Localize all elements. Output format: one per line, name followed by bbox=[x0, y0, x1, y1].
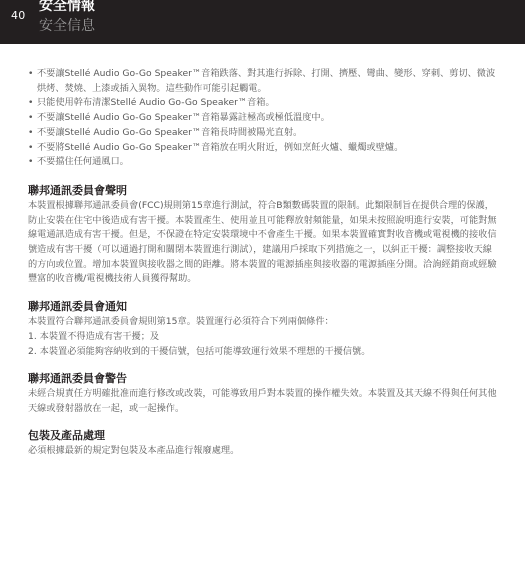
page-subtitle: 安全信息 bbox=[39, 16, 95, 36]
safety-bullet-list: •不要讓Stellé Audio Go-Go Speaker™音箱跌落、對其進行… bbox=[28, 67, 498, 170]
page-number: 40 bbox=[11, 9, 26, 22]
bullet-icon: • bbox=[28, 67, 33, 82]
section-fcc-statement: 聯邦通訊委員會聲明 本裝置根據聯邦通訊委員會(FCC)規則第15章進行測試，符合… bbox=[28, 183, 498, 287]
bullet-item: •不要讓Stellé Audio Go-Go Speaker™音箱跌落、對其進行… bbox=[28, 67, 498, 96]
section-paragraph: 必須根據最新的規定對包裝及本產品進行報廢處理。 bbox=[28, 444, 498, 459]
section-paragraph: 本裝置根據聯邦通訊委員會(FCC)規則第15章進行測試，符合B類數碼裝置的限制。… bbox=[28, 199, 498, 287]
bullet-item: •不要將Stellé Audio Go-Go Speaker™音箱放在明火附近，… bbox=[28, 141, 498, 156]
section-heading: 聯邦通訊委員會通知 bbox=[28, 299, 498, 315]
bullet-item: •不要讓Stellé Audio Go-Go Speaker™音箱暴露註極高或極… bbox=[28, 111, 498, 126]
section-paragraph: 本裝置符合聯邦通訊委員會規則第15章。裝置運行必須符合下列兩個條件： bbox=[28, 315, 498, 330]
section-fcc-notice: 聯邦通訊委員會通知 本裝置符合聯邦通訊委員會規則第15章。裝置運行必須符合下列兩… bbox=[28, 299, 498, 359]
section-heading: 聯邦通訊委員會警告 bbox=[28, 371, 498, 387]
bullet-item: •不要擋住任何通風口。 bbox=[28, 155, 498, 170]
section-fcc-warning: 聯邦通訊委員會警告 未經合規責任方明確批准而進行修改或改裝，可能導致用戶對本裝置… bbox=[28, 371, 498, 416]
bullet-icon: • bbox=[28, 141, 33, 156]
condition-item-1: 1. 本裝置不得造成有害干擾；及 bbox=[28, 330, 498, 345]
section-packaging-disposal: 包裝及產品處理 必須根據最新的規定對包裝及本產品進行報廢處理。 bbox=[28, 428, 498, 459]
section-heading: 聯邦通訊委員會聲明 bbox=[28, 183, 498, 199]
section-heading: 包裝及產品處理 bbox=[28, 428, 498, 444]
bullet-icon: • bbox=[28, 96, 33, 111]
page-header: 40 安全情報 安全信息 bbox=[0, 0, 525, 44]
bullet-icon: • bbox=[28, 155, 33, 170]
bullet-item: •不要讓Stellé Audio Go-Go Speaker™音箱長時間被陽光直… bbox=[28, 126, 498, 141]
page-title: 安全情報 bbox=[39, 0, 95, 15]
section-paragraph: 未經合規責任方明確批准而進行修改或改裝，可能導致用戶對本裝置的操作權失效。本裝置… bbox=[28, 387, 498, 416]
condition-item-2: 2. 本裝置必須能夠容納收到的干擾信號，包括可能導致運行效果不理想的干擾信號。 bbox=[28, 345, 498, 360]
bullet-icon: • bbox=[28, 126, 33, 141]
bullet-icon: • bbox=[28, 111, 33, 126]
bullet-item: •只能使用幹布清潔Stellé Audio Go-Go Speaker™音箱。 bbox=[28, 96, 498, 111]
document-body: •不要讓Stellé Audio Go-Go Speaker™音箱跌落、對其進行… bbox=[28, 67, 498, 458]
